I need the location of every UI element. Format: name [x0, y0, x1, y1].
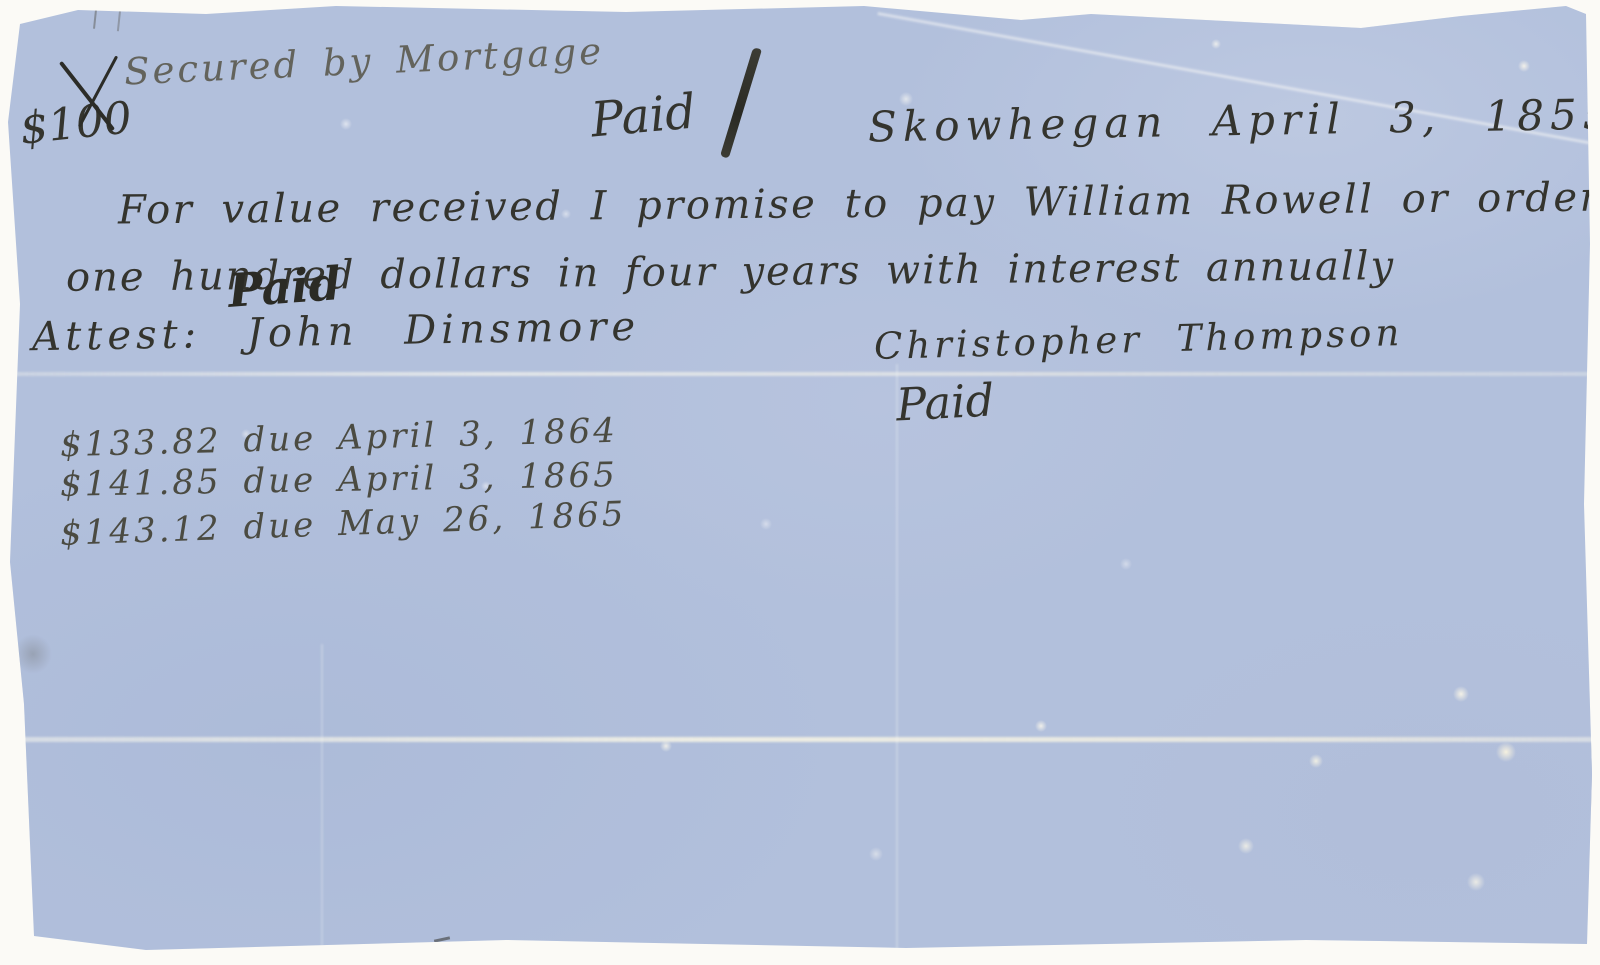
signer-signature: Christopher Thompson: [874, 313, 1404, 368]
paid-annotation-overwritten: Paid: [226, 258, 342, 316]
paid-annotation-signature: Paid: [895, 375, 996, 430]
secured-by-mortgage-note: Secured by Mortgage: [123, 32, 605, 94]
promise-text-line-1: For value received I promise to pay Will…: [118, 176, 1600, 233]
promissory-note-paper: Secured by Mortgage $100 Paid Skowhegan …: [6, 4, 1592, 954]
fold-crease-horizontal-lower: [6, 737, 1600, 742]
pen-slash-stroke: [720, 47, 762, 159]
pencil-tally-mark: [93, 9, 121, 32]
paid-annotation-top: Paid: [589, 86, 698, 148]
fold-crease-horizontal-upper: [6, 372, 1600, 376]
fold-crease-vertical-right: [896, 364, 898, 964]
interest-due-entry: $143.12 due May 26, 1865: [60, 496, 627, 553]
stray-pen-mark: [434, 936, 450, 942]
attest-witness-line: Attest: John Dinsmore: [32, 305, 641, 360]
fold-crease-vertical-left: [321, 644, 323, 964]
edge-smudge: [14, 634, 52, 674]
scanned-document: Secured by Mortgage $100 Paid Skowhegan …: [0, 0, 1600, 965]
face-amount-crossed-out: $100: [18, 94, 134, 154]
place-and-date-line: Skowhegan April 3, 1855: [868, 91, 1600, 150]
